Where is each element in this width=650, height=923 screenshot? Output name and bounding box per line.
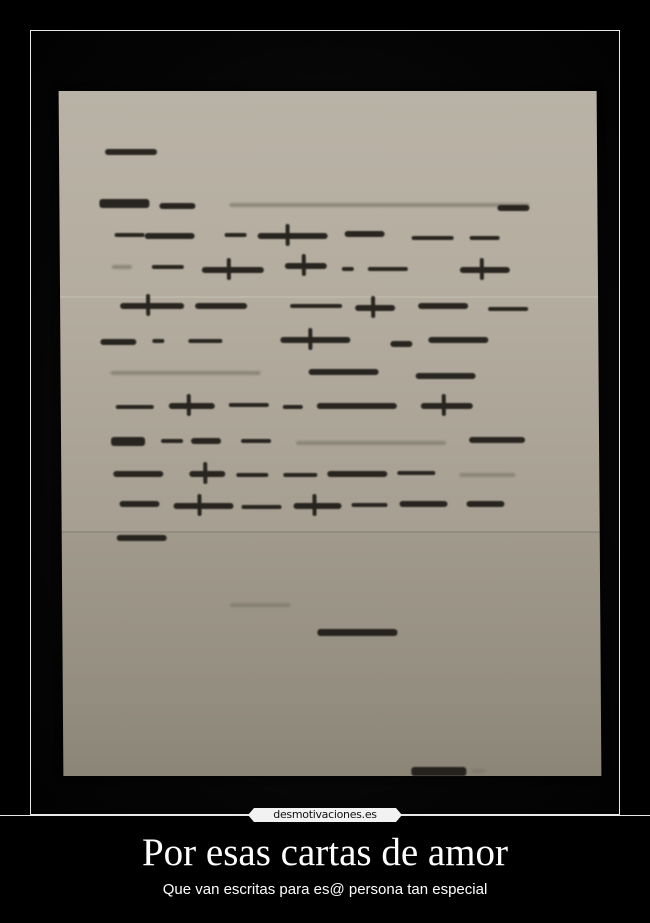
redacted-scribble [225, 233, 247, 237]
redacted-scribble [397, 471, 435, 475]
redacted-scribble [421, 403, 473, 409]
redacted-scribble [345, 231, 385, 237]
redacted-scribble [285, 263, 327, 269]
redacted-scribble [202, 267, 264, 273]
redacted-scribble [145, 233, 195, 239]
redacted-scribble [236, 473, 268, 477]
faint-handwriting [459, 473, 515, 477]
redacted-scribble [469, 437, 525, 443]
redacted-scribble [416, 373, 476, 379]
redacted-scribble [309, 369, 379, 375]
redacted-scribble [399, 501, 447, 507]
redacted-scribble [327, 471, 387, 477]
photo-frame [30, 30, 620, 815]
redacted-scribble [229, 403, 269, 407]
demotivational-poster: desmotivaciones.es Por esas cartas de am… [0, 0, 650, 923]
redacted-scribble [488, 307, 528, 311]
redacted-scribble [111, 437, 145, 446]
redacted-scribble [466, 501, 504, 507]
poster-subtitle: Que van escritas para es@ persona tan es… [0, 880, 650, 900]
redacted-scribble [351, 503, 387, 507]
redacted-scribble [280, 337, 350, 343]
redacted-scribble [418, 303, 468, 309]
redacted-scribble [460, 267, 510, 273]
redacted-scribble [120, 303, 184, 309]
redacted-scribble [258, 233, 328, 239]
redacted-scribble [283, 405, 303, 409]
redacted-scribble [241, 505, 281, 509]
redacted-scribble [116, 405, 154, 409]
signature-scribble [411, 767, 466, 776]
redacted-scribble [497, 205, 529, 211]
redacted-scribble [169, 403, 215, 409]
redacted-scribble [412, 236, 454, 240]
faint-handwriting [229, 203, 529, 207]
redacted-scribble [317, 629, 397, 636]
redacted-scribble [159, 203, 195, 209]
redacted-scribble [173, 503, 233, 509]
redacted-scribble [342, 267, 354, 271]
redacted-scribble [152, 339, 164, 343]
redacted-scribble [105, 149, 157, 155]
redacted-scribble [283, 473, 317, 477]
redacted-scribble [293, 503, 341, 509]
redacted-scribble [100, 339, 136, 345]
redacted-scribble [355, 305, 395, 311]
redacted-scribble [99, 199, 149, 208]
poster-photo [31, 31, 619, 814]
paper-fold-line [60, 296, 598, 298]
redacted-scribble [189, 471, 225, 477]
handwritten-letter [59, 91, 602, 776]
faint-handwriting [230, 603, 290, 607]
paper-shadow [62, 531, 602, 776]
redacted-scribble [290, 304, 342, 308]
redacted-scribble [470, 236, 500, 240]
redacted-scribble [152, 265, 184, 269]
site-logo-badge[interactable]: desmotivaciones.es [248, 808, 402, 822]
redacted-scribble [241, 439, 271, 443]
redacted-scribble [195, 303, 247, 309]
redacted-scribble [161, 439, 183, 443]
site-logo[interactable]: desmotivaciones.es [0, 808, 650, 822]
faint-handwriting [112, 265, 132, 269]
redacted-scribble [117, 535, 167, 541]
faint-handwriting [111, 371, 261, 375]
redacted-scribble [191, 438, 221, 444]
redacted-scribble [317, 403, 397, 409]
redacted-scribble [115, 233, 145, 237]
redacted-scribble [390, 341, 412, 347]
poster-title: Por esas cartas de amor [0, 830, 650, 876]
redacted-scribble [428, 337, 488, 343]
faint-handwriting [296, 441, 446, 445]
redacted-scribble [113, 471, 163, 477]
faint-handwriting [471, 769, 485, 773]
redacted-scribble [368, 267, 408, 271]
redacted-scribble [119, 501, 159, 507]
redacted-scribble [188, 339, 222, 343]
